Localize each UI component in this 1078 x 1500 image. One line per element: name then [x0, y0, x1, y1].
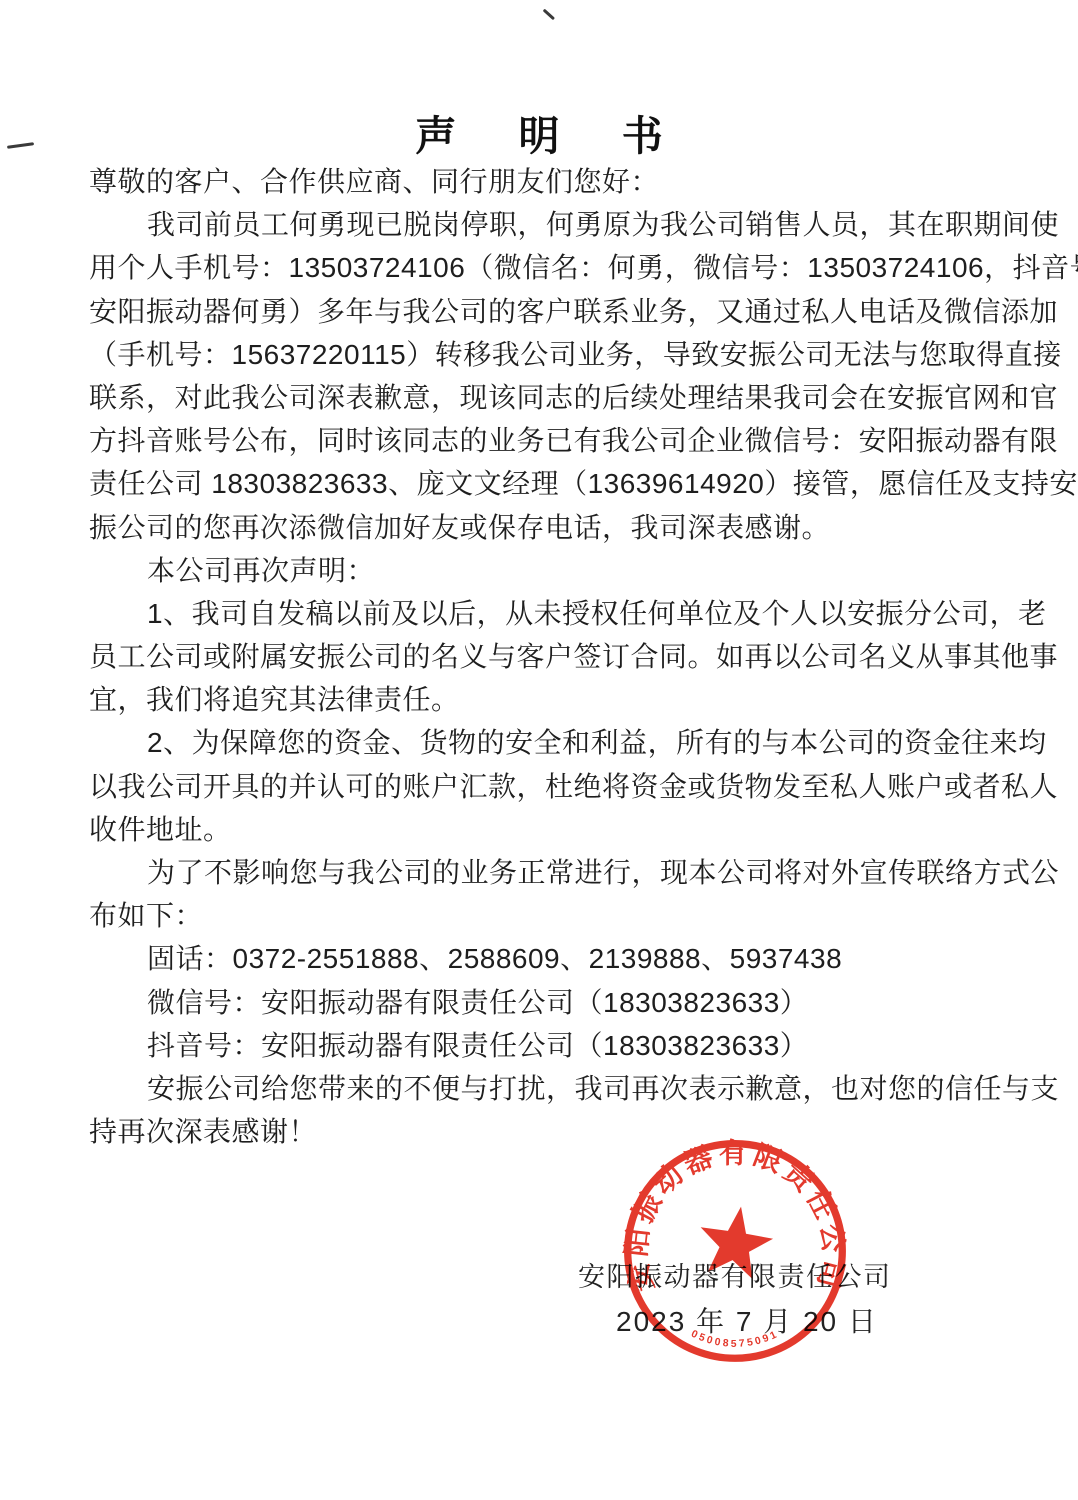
body-line: 我司前员工何勇现已脱岗停职，何勇原为我公司销售人员，其在职期间使: [89, 203, 1009, 246]
stamp-star-icon: [694, 1201, 777, 1281]
body-line: 以我公司开具的并认可的账户汇款，杜绝将资金或货物发至私人账户或者私人: [89, 765, 1009, 808]
body-line: 收件地址。: [89, 808, 1009, 851]
company-seal-stamp: 安阳振动器有限责任公司 05008575091: [610, 1126, 860, 1376]
stamp-arc-label: 安阳振动器有限责任公司: [620, 1137, 849, 1295]
document-body: 尊敬的客户、合作供应商、同行朋友们您好：我司前员工何勇现已脱岗停职，何勇原为我公…: [89, 160, 1009, 1153]
body-line: 安振公司给您带来的不便与打扰，我司再次表示歉意，也对您的信任与支: [89, 1067, 1009, 1110]
document-title: 声 明 书: [0, 103, 1078, 162]
body-line: 为了不影响您与我公司的业务正常进行，现本公司将对外宣传联络方式公: [89, 851, 1009, 894]
body-line: （手机号：15637220115）转移我公司业务，导致安振公司无法与您取得直接: [89, 333, 1009, 376]
body-line: 1、我司自发稿以前及以后，从未授权任何单位及个人以安振分公司，老: [89, 592, 1009, 635]
body-line: 尊敬的客户、合作供应商、同行朋友们您好：: [89, 160, 1009, 203]
body-line: 责任公司 18303823633、庞文文经理（13639614920）接管，愿信…: [89, 462, 1009, 505]
statement-document-page: 声 明 书 尊敬的客户、合作供应商、同行朋友们您好：我司前员工何勇现已脱岗停职，…: [0, 0, 1078, 1500]
body-line: 员工公司或附属安振公司的名义与客户签订合同。如再以公司名义从事其他事: [89, 635, 1009, 678]
body-line: 微信号：安阳振动器有限责任公司（18303823633）: [89, 981, 1009, 1024]
body-line: 方抖音账号公布，同时该同志的业务已有我公司企业微信号：安阳振动器有限: [89, 419, 1009, 462]
body-line: 联系，对此我公司深表歉意，现该同志的后续处理结果我司会在安振官网和官: [89, 376, 1009, 419]
body-line: 持再次深表感谢！: [89, 1110, 1009, 1153]
body-line: 2、为保障您的资金、货物的安全和利益，所有的与本公司的资金往来均: [89, 721, 1009, 764]
body-line: 振公司的您再次添微信加好友或保存电话，我司深表感谢。: [89, 506, 1009, 549]
stamp-serial-number: 05008575091: [689, 1329, 781, 1350]
body-line: 固话：0372-2551888、2588609、2139888、5937438: [89, 937, 1009, 980]
scan-mark-top: [543, 9, 555, 20]
body-line: 布如下：: [89, 894, 1009, 937]
body-line: 用个人手机号：13503724106（微信名：何勇，微信号：1350372410…: [89, 246, 1009, 289]
body-line: 抖音号：安阳振动器有限责任公司（18303823633）: [89, 1024, 1009, 1067]
body-line: 本公司再次声明：: [89, 549, 1009, 592]
body-line: 宜，我们将追究其法律责任。: [89, 678, 1009, 721]
body-line: 安阳振动器何勇）多年与我公司的客户联系业务，又通过私人电话及微信添加: [89, 290, 1009, 333]
